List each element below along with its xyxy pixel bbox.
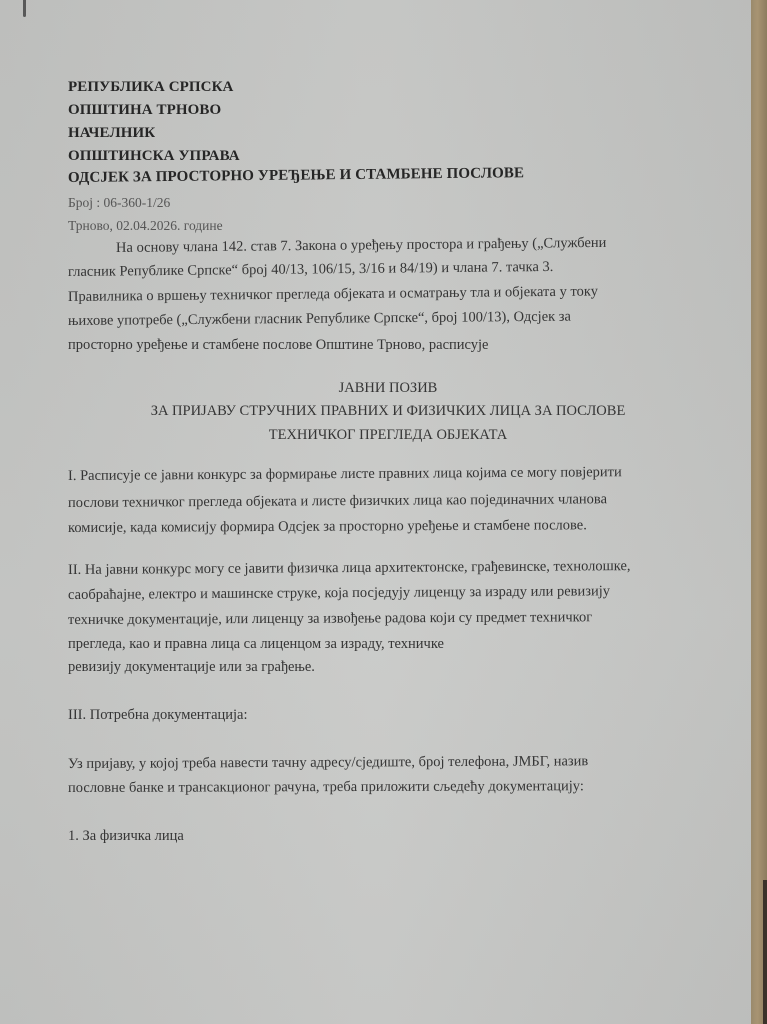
wooden-desk-edge [751,0,767,1024]
section3-item-1: 1. За физичка лица [68,828,184,845]
header-line-administration: ОПШТИНСКА УПРАВА [68,148,240,165]
document-date: Трново, 02.04.2026. године [68,218,223,234]
intro-line-3: Правилника о вршењу техничког прегледа о… [68,283,598,306]
section1-line-1: I. Расписује се јавни конкурс за формира… [68,464,622,485]
section1-line-2: послови техничког прегледа објеката и ли… [68,491,607,512]
header-line-municipality: ОПШТИНА ТРНОВО [68,102,221,119]
section2-line-3: техничке документације, или лиценцу за и… [68,609,592,629]
intro-line-2: гласник Републике Српске“ број 40/13, 10… [68,259,554,281]
intro-line-5: просторно уређење и стамбене послове Опш… [68,337,489,354]
section2-line-4: прегледа, као и правна лица са лиценцом … [68,636,444,653]
section2-line-5: ревизију документације или за грађење. [68,659,315,676]
document-number: Број : 06-360-1/26 [68,195,170,211]
title-line-1: ЈАВНИ ПОЗИВ [0,380,764,397]
section3-heading: III. Потребна документација: [68,707,248,724]
header-line-republic: РЕПУБЛИКА СРПСКА [68,79,234,96]
section2-line-1: II. На јавни конкурс могу се јавити физи… [68,558,631,579]
section3-line-1: Уз пријаву, у којој треба навести тачну … [68,753,588,773]
intro-line-4: њихове употребе („Службени гласник Репуб… [68,309,571,330]
title-line-2: ЗА ПРИЈАВУ СТРУЧНИХ ПРАВНИХ И ФИЗИЧКИХ Л… [0,403,764,420]
document-page: РЕПУБЛИКА СРПСКА ОПШТИНА ТРНОВО НАЧЕЛНИК… [0,0,752,1024]
staple-mark [23,0,26,17]
title-line-3: ТЕХНИЧКОГ ПРЕГЛЕДА ОБЈЕКАТА [0,427,764,444]
header-line-mayor: НАЧЕЛНИК [68,125,155,142]
section1-line-3: комисије, када комисију формира Одсјек з… [68,517,587,537]
intro-line-1: На основу члана 142. став 7. Закона о ур… [116,235,607,257]
desk-shadow [763,880,767,1024]
header-line-department: ОДСЈЕК ЗА ПРОСТОРНО УРЕЂЕЊЕ И СТАМБЕНЕ П… [68,165,524,187]
section2-line-2: саобраћајне, електро и машинске струке, … [68,583,610,604]
section3-line-2: пословне банке и трансакционог рачуна, т… [68,778,584,797]
